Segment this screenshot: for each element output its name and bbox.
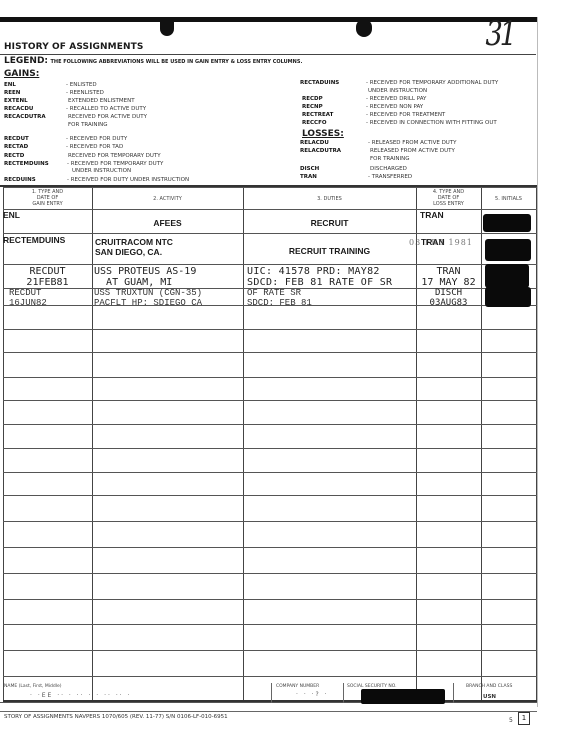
row1-duties: RECRUIT <box>243 218 416 228</box>
gain-abbr: RECTREAT <box>302 112 333 118</box>
branch-class-label: BRANCH AND CLASS <box>466 684 512 689</box>
gain-abbr: EXTENL <box>4 98 28 104</box>
gain-desc: - RECEIVED FOR DUTY UNDER INSTRUCTION <box>67 177 189 183</box>
row3-duties: UIC: 41578 PRD: MAY82SDCD: FEB 81 RATE O… <box>247 266 392 288</box>
gain-desc: - RECEIVED IN CONNECTION WITH FITTING OU… <box>366 120 497 126</box>
name-value: · ·EE ·· · ·· · · ·· ·· · <box>30 692 131 699</box>
gain-abbr: RECDP <box>302 96 323 102</box>
row3-gain: RECDUT21FEB81 <box>3 266 92 288</box>
col-header-gain-entry: 1. TYPE AND DATE OF GAIN ENTRY <box>3 189 92 207</box>
gain-desc-cont: UNDER INSTRUCTION <box>368 88 427 94</box>
gain-abbr: RECTD <box>4 153 24 159</box>
gain-desc: - RECEIVED NON PAY <box>366 104 423 110</box>
empty-row-border <box>3 547 537 548</box>
row4-loss: DISCH03AUG83 <box>416 288 481 308</box>
top-border <box>0 17 538 22</box>
row4-gain: RECDUT16JUN82 <box>9 288 47 308</box>
gain-desc: - RECEIVED DRILL PAY <box>366 96 426 102</box>
empty-row-border <box>3 599 537 600</box>
gain-desc: - REENLISTED <box>66 90 104 96</box>
gain-desc: - RECEIVED FOR TEMPORARY DUTY <box>67 161 163 167</box>
row2-activity: CRUITRACOM NTCSAN DIEGO, CA. <box>95 237 173 257</box>
empty-row-border <box>3 624 537 625</box>
legend-text: THE FOLLOWING ABBREVIATIONS WILL BE USED… <box>50 59 302 65</box>
page-number-box: 1 <box>518 712 530 725</box>
gain-desc: - RECALLED TO ACTIVE DUTY <box>66 106 146 112</box>
form-identifier: STORY OF ASSIGNMENTS NAVPERS 1070/605 (R… <box>4 714 228 720</box>
col-header-activity: 2. ACTIVITY <box>92 196 243 202</box>
empty-row-border <box>3 495 537 496</box>
row2-duties: RECRUIT TRAINING <box>243 246 416 256</box>
gain-abbr: RECTEMDUINS <box>4 161 49 167</box>
loss-desc-cont: FOR TRAINING <box>370 156 410 162</box>
row4-initials-redaction <box>485 287 531 307</box>
row3-initials-redaction <box>485 264 529 288</box>
legend-label: LEGEND: <box>4 56 48 66</box>
empty-row-border <box>3 472 537 473</box>
loss-desc: RELEASED FROM ACTIVE DUTY <box>370 148 455 154</box>
empty-row-border <box>3 573 537 574</box>
gain-abbr: RECNP <box>302 104 323 110</box>
legend: LEGEND: THE FOLLOWING ABBREVIATIONS WILL… <box>4 56 302 66</box>
row1-initials-redaction <box>483 214 531 232</box>
row3-activity: USS PROTEUS AS-19 AT GUAM, MI <box>94 266 196 288</box>
gain-desc: - RECEIVED FOR TREATMENT <box>366 112 445 118</box>
empty-row-border <box>3 676 537 677</box>
empty-row-border <box>3 521 537 522</box>
company-number-label: COMPANY NUMBER <box>276 684 319 689</box>
right-edge <box>537 17 538 707</box>
gains-heading: GAINS: <box>4 69 39 79</box>
name-label: NAME (Last, First, Middle) <box>4 684 62 689</box>
ssn-redaction <box>361 689 445 704</box>
row4-duties: OF RATE SRSDCD: FEB 81 <box>247 288 312 308</box>
handwritten-page-number: 31 <box>486 14 514 54</box>
row2-initials-redaction <box>485 239 531 261</box>
gain-desc: - RECEIVED FOR DUTY <box>66 136 127 142</box>
col-header-initials: 5. INITIALS <box>481 196 536 202</box>
row-border <box>3 264 537 265</box>
empty-row-border <box>3 329 537 330</box>
row1-gain: ENL <box>3 210 20 220</box>
empty-row-border <box>3 377 537 378</box>
loss-desc: - RELEASED FROM ACTIVE DUTY <box>368 140 457 146</box>
empty-row-border <box>3 400 537 401</box>
gain-desc: - ENLISTED <box>66 82 97 88</box>
gain-desc-cont: FOR TRAINING <box>68 122 108 128</box>
loss-desc: DISCHARGED <box>370 166 407 172</box>
assignments-table: 1. TYPE AND DATE OF GAIN ENTRY 2. ACTIVI… <box>3 187 537 702</box>
binder-hole-left <box>160 20 174 36</box>
gain-abbr: RECACDU <box>4 106 33 112</box>
row4-activity: USS TRUXTUN (CGN-35)PACFLT HP: SDIEGO CA <box>94 288 202 308</box>
gain-abbr: RECTAD <box>4 144 28 150</box>
col-header-loss-entry: 4. TYPE AND DATE OF LOSS ENTRY <box>416 189 481 207</box>
empty-row-border <box>3 448 537 449</box>
gain-desc: RECEIVED FOR TEMPORARY DUTY <box>68 153 161 159</box>
gain-abbr: RECDUT <box>4 136 29 142</box>
footer-divider <box>453 683 454 703</box>
gain-abbr: RECACDUTRA <box>4 114 46 120</box>
row2-loss-date-stamp: 03 FEB 1981 <box>409 238 473 247</box>
footer-divider <box>271 683 272 703</box>
loss-abbr: RELACDUTRA <box>300 148 341 154</box>
col-header-duties: 3. DUTIES <box>243 196 416 202</box>
row-border <box>3 209 537 210</box>
title-divider <box>0 54 536 55</box>
gain-abbr: ENL <box>4 82 16 88</box>
gain-desc: - RECEIVED FOR TAD <box>66 144 123 150</box>
branch-class-value: USN <box>483 694 496 700</box>
empty-row-border <box>3 650 537 651</box>
gain-desc: RECEIVED FOR ACTIVE DUTY <box>68 114 147 120</box>
form-id-border <box>0 711 537 712</box>
loss-abbr: TRAN <box>300 174 317 180</box>
row-border <box>3 233 537 234</box>
row1-loss: TRAN <box>420 210 444 220</box>
gain-abbr: RECTADUINS <box>300 80 339 86</box>
loss-desc: - TRANSFERRED <box>368 174 412 180</box>
company-number-value: · · ·? · <box>296 691 329 698</box>
page-prefix: 5 <box>509 717 513 724</box>
loss-abbr: DISCH <box>300 166 319 172</box>
footer-top-border <box>0 702 537 703</box>
gain-abbr: REEN <box>4 90 20 96</box>
gain-abbr: RECCFO <box>302 120 327 126</box>
gain-abbr: RECDUINS <box>4 177 36 183</box>
gain-desc: EXTENDED ENLISTMENT <box>68 98 135 104</box>
losses-heading: LOSSES: <box>302 129 344 139</box>
page-title: HISTORY OF ASSIGNMENTS <box>4 42 143 52</box>
row3-loss: TRAN17 MAY 82 <box>416 266 481 288</box>
gain-desc: - RECEIVED FOR TEMPORARY ADDITIONAL DUTY <box>366 80 498 86</box>
loss-abbr: RELACDU <box>300 140 329 146</box>
binder-hole-right <box>356 19 372 37</box>
row-border <box>3 187 537 188</box>
row2-gain: RECTEMDUINS <box>3 235 65 245</box>
empty-row-border <box>3 424 537 425</box>
gain-desc-cont: UNDER INSTRUCTION <box>72 168 131 174</box>
empty-row-border <box>3 352 537 353</box>
row1-activity: AFEES <box>92 218 243 228</box>
footer-divider <box>343 683 344 703</box>
